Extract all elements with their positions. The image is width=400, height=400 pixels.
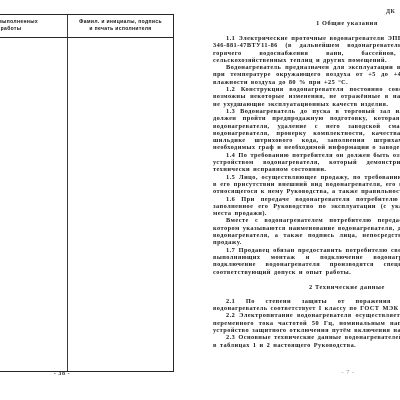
document-code: ДК: [386, 9, 395, 15]
paragraph-1-5: 1.5 Лицо, осуществляющее продажу, по тре…: [213, 174, 400, 196]
text-column: 1 Общие указания 1.1 Электрические прото…: [213, 20, 400, 349]
table-header-row: Дата выполненных работы Фамил. и инициал…: [0, 15, 173, 38]
left-page-number: - 38 -: [38, 371, 86, 377]
table-header-executor-line2: и печать исполнителя: [89, 26, 151, 33]
section-1-title: 1 Общие указания: [213, 20, 400, 28]
service-record-table: Дата выполненных работы Фамил. и инициал…: [0, 14, 174, 372]
table-header-executor-line1: Фамил. и инициалы, подпись: [79, 19, 162, 26]
paragraph-1-7: 1.7 Продавец обязан предоставить потреби…: [213, 247, 400, 276]
paragraph-1-6: 1.6 При передаче водонагревателя потреби…: [213, 196, 400, 218]
table-header-work-line1: Дата выполненных: [0, 19, 38, 26]
table-header-work-line2: работы: [1, 26, 22, 33]
paragraph-2-2: 2.2 Электропитание водонагревателя осуще…: [213, 312, 400, 334]
scanned-document-spread: Дата выполненных работы Фамил. и инициал…: [0, 0, 400, 400]
table-header-executor: Фамил. и инициалы, подпись и печать испо…: [68, 15, 173, 37]
table-header-work: Дата выполненных работы: [0, 15, 68, 37]
paragraph-1-1b: Водонагреватель предназначен для эксплуа…: [213, 64, 400, 86]
table-cell-executor-empty: [68, 38, 173, 371]
paragraph-1-1: 1.1 Электрические проточные водонагреват…: [213, 35, 400, 64]
right-page-number: - 7 -: [326, 370, 370, 376]
table-cell-work-empty: [0, 38, 68, 371]
paragraph-1-4: 1.4 По требованию потребителя он должен …: [213, 152, 400, 174]
paragraph-1-3: 1.3 Водонагреватель до пуска в торговый …: [213, 108, 400, 152]
section-2-title: 2 Технические данные: [213, 284, 400, 292]
paragraph-1-2: 1.2 Конструкция водонагревателя постоянн…: [213, 86, 400, 108]
table-body-row: [0, 38, 173, 371]
paragraph-2-1: 2.1 По степени защиты от поражения элект…: [213, 298, 400, 313]
paragraph-1-6b: Вместе с водонагревателем потребителю пе…: [213, 217, 400, 246]
paragraph-2-3: 2.3 Основные технические данные водонагр…: [213, 334, 400, 349]
